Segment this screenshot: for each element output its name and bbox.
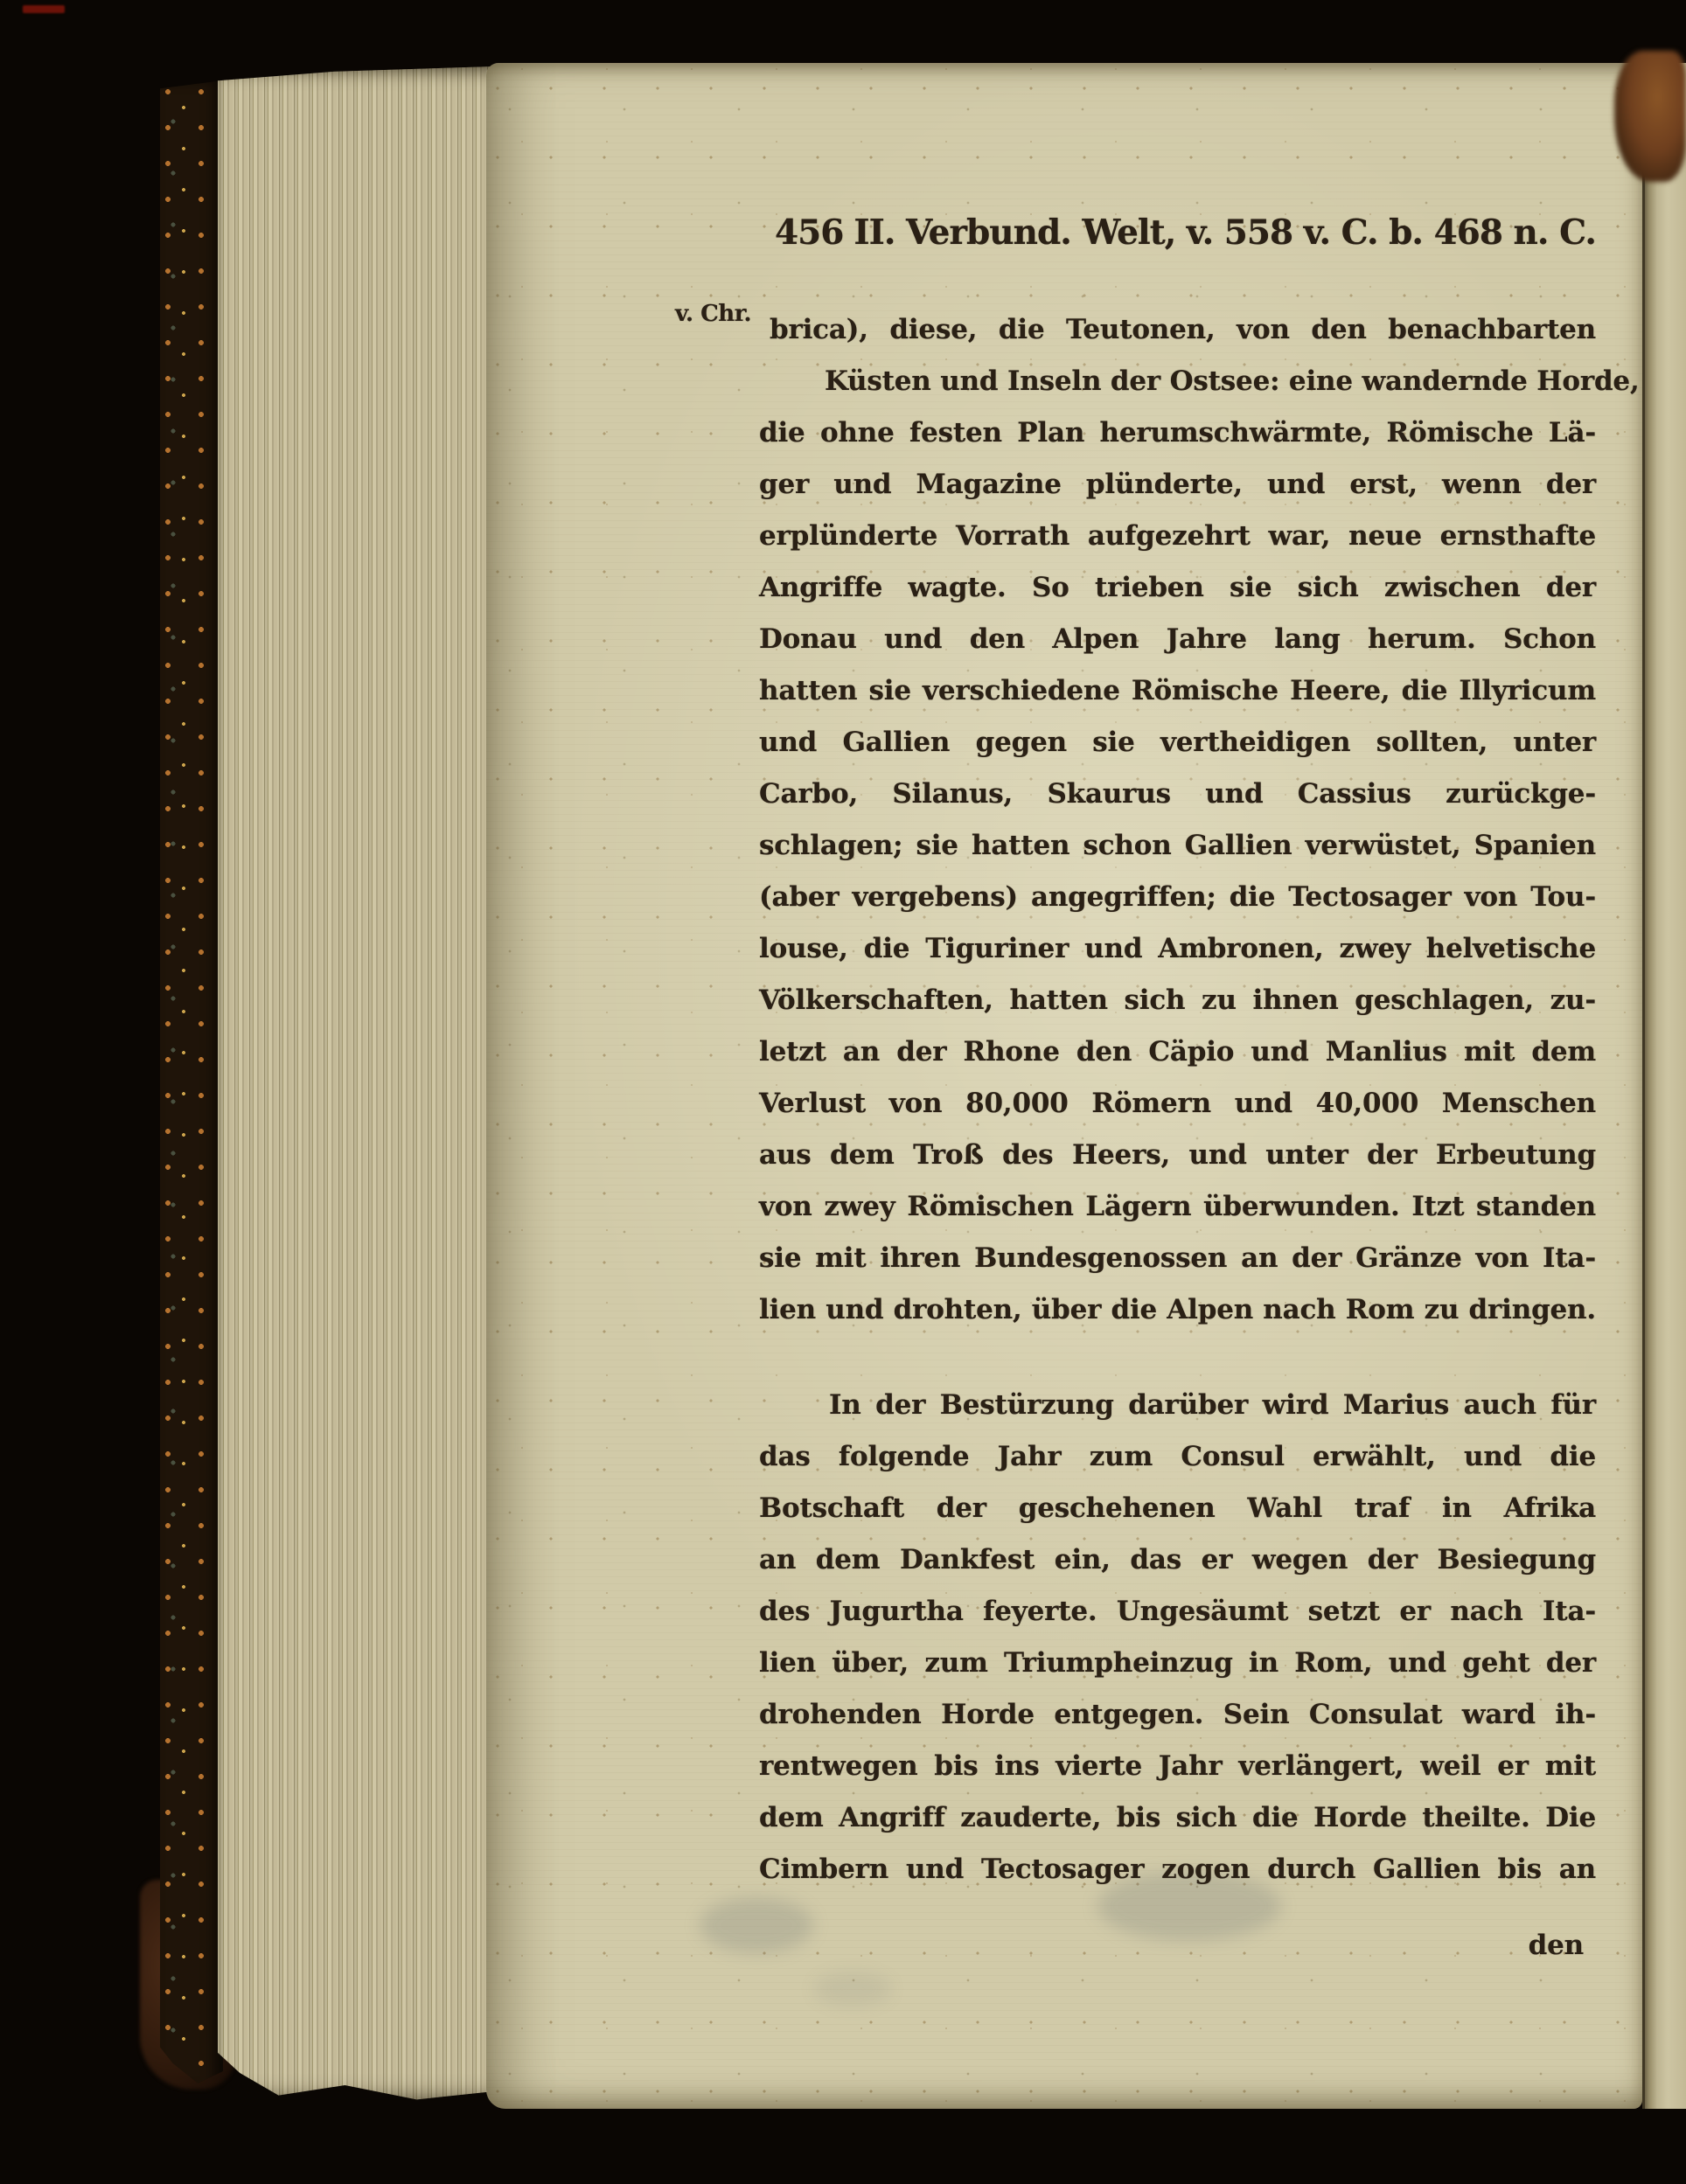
body-text: v. Chr. brica), diese, die Teutonen, von… [759,304,1596,1972]
text-line: In der Bestürzung darüber wird Marius au… [759,1380,1596,1431]
text-line: letzt an der Rhone den Cäpio und Manlius… [759,1026,1596,1078]
text-line: lien und drohten, über die Alpen nach Ro… [759,1284,1596,1336]
text-line: Küsten und Inseln der Ostsee: eine wande… [759,356,1596,407]
book-cover-edge [160,80,223,2091]
page-number: 456 [775,212,843,253]
text-line: aus dem Troß des Heers, und unter der Er… [759,1130,1596,1181]
scan-artifact [23,5,65,13]
paragraph: brica), diese, die Teutonen, von den ben… [759,304,1596,1336]
page-header: 456 II. Verbund. Welt, v. 558 v. C. b. 4… [759,212,1596,264]
scanned-book-photo: { "document": { "header": { "page_number… [0,0,1686,2184]
paragraph: In der Bestürzung darüber wird Marius au… [759,1380,1596,1895]
bleedthrough-ghost [813,1972,892,2007]
text-line: des Jugurtha feyerte. Ungesäumt setzt er… [759,1586,1596,1638]
text-line: rentwegen bis ins vierte Jahr verlängert… [759,1741,1596,1792]
page-gutter [1642,63,1686,2109]
text-line: Cimbern und Tectosager zogen durch Galli… [759,1844,1596,1895]
text-line: dem Angriff zauderte, bis sich die Horde… [759,1792,1596,1844]
text-line: drohenden Horde entgegen. Sein Consulat … [759,1689,1596,1741]
text-line: und Gallien gegen sie vertheidigen sollt… [759,717,1596,769]
text-line: brica), diese, die Teutonen, von den ben… [759,304,1596,356]
text-line: hatten sie verschiedene Römische Heere, … [759,665,1596,717]
text-line: erplünderte Vorrath aufgezehrt war, neue… [759,511,1596,562]
text-line: Völkerschaften, hatten sich zu ihnen ges… [759,975,1596,1026]
text-line: Donau und den Alpen Jahre lang herum. Sc… [759,614,1596,665]
text-line: schlagen; sie hatten schon Gallien verwü… [759,820,1596,872]
text-block: 456 II. Verbund. Welt, v. 558 v. C. b. 4… [759,212,1596,1972]
text-line: (aber vergebens) angegriffen; die Tectos… [759,872,1596,923]
text-line: sie mit ihren Bundesgenossen an der Grän… [759,1233,1596,1284]
text-line: louse, die Tiguriner und Ambronen, zwey … [759,923,1596,975]
running-title: II. Verbund. Welt, v. 558 v. C. b. 468 n… [853,212,1596,253]
text-line: Botschaft der geschehenen Wahl traf in A… [759,1483,1596,1534]
catchword: den [1529,1930,1584,1961]
text-line: lien über, zum Triumpheinzug in Rom, und… [759,1638,1596,1689]
text-line: Verlust von 80,000 Römern und 40,000 Men… [759,1078,1596,1130]
spine-headband [1614,51,1686,182]
text-line: das folgende Jahr zum Consul erwählt, un… [759,1431,1596,1483]
text-line: an dem Dankfest ein, das er wegen der Be… [759,1534,1596,1586]
text-line: die ohne festen Plan herumschwärmte, Röm… [759,407,1596,459]
text-line: Carbo, Silanus, Skaurus und Cassius zurü… [759,769,1596,820]
margin-note: v. Chr. [675,301,751,327]
catchword-row: den [759,1920,1596,1972]
page-stack-fore-edge [218,66,494,2104]
text-line: ger und Magazine plünderte, und erst, we… [759,459,1596,511]
text-line: von zwey Römischen Lägern überwunden. It… [759,1181,1596,1233]
text-line: Angriffe wagte. So trieben sie sich zwis… [759,562,1596,614]
